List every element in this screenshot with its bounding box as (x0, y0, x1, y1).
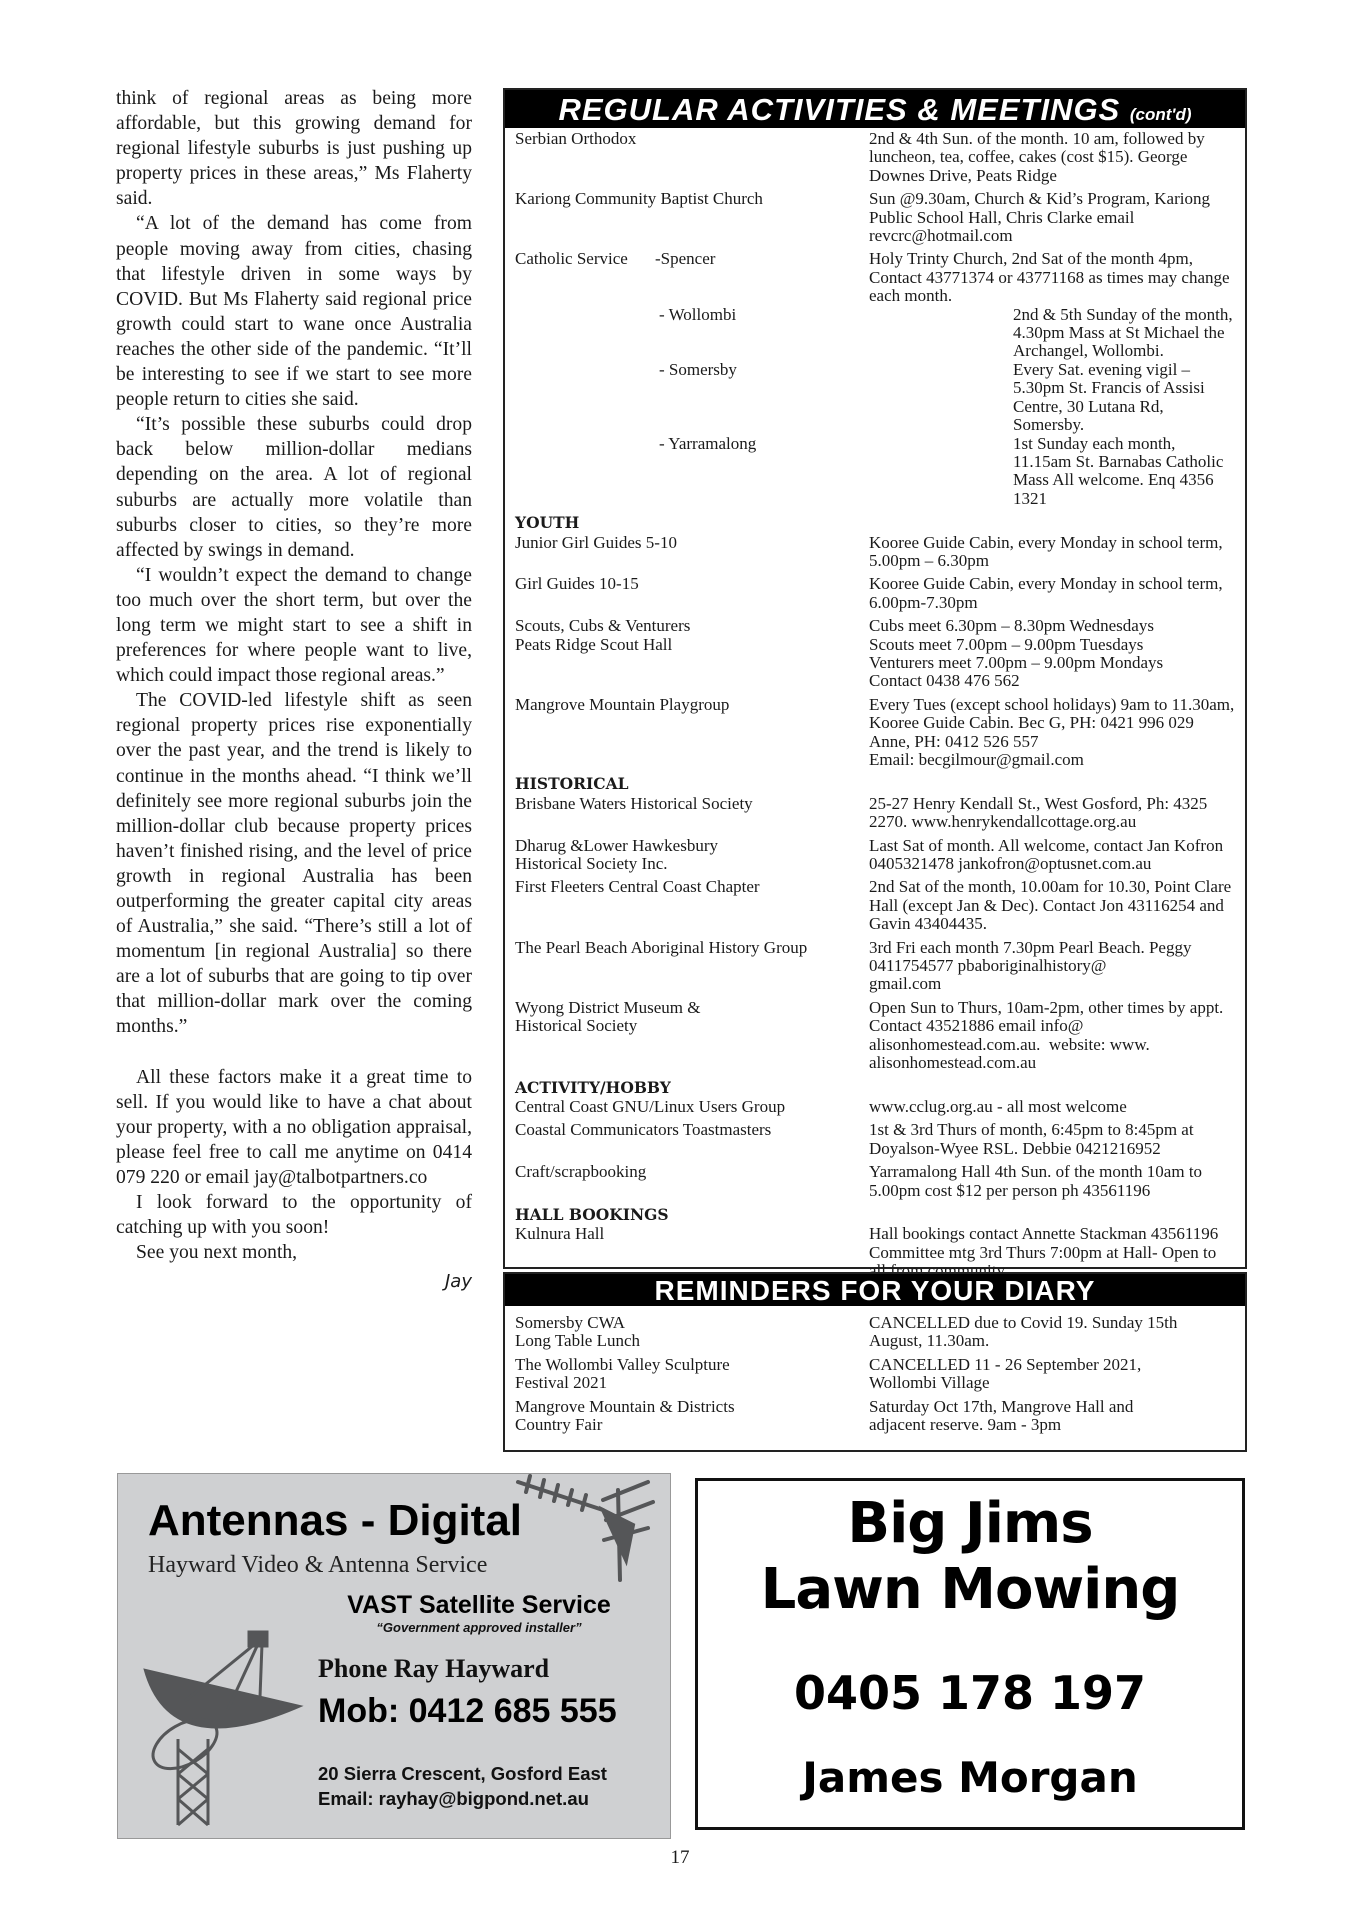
activities-box: REGULAR ACTIVITIES & MEETINGS (cont'd) S… (503, 88, 1247, 1269)
section-heading: YOUTH (515, 514, 1235, 532)
activity-name: Kariong Community Baptist Church (515, 190, 869, 245)
antenna-ad-email: Email: rayhay@bigpond.net.au (318, 1786, 607, 1811)
activity-details: 2nd & 5th Sunday of the month, 4.30pm Ma… (1013, 306, 1235, 361)
table-row: Serbian Orthodox 2nd & 4th Sun. of the m… (515, 130, 1235, 185)
mowing-ad-line1: Big Jims (698, 1493, 1242, 1555)
activity-details: 2nd & 4th Sun. of the month. 10 am, foll… (869, 130, 1235, 185)
catholic-service-label: Catholic Service-Spencer (515, 250, 869, 305)
table-row: Brisbane Waters Historical Society25-27 … (515, 795, 1235, 832)
table-row: Scouts, Cubs & Venturers Peats Ridge Sco… (515, 617, 1235, 691)
antenna-ad-contact-name: Phone Ray Hayward (318, 1654, 549, 1684)
reminders-table: Somersby CWA Long Table LunchCANCELLED d… (505, 1306, 1245, 1434)
activity-name: Scouts, Cubs & Venturers Peats Ridge Sco… (515, 617, 869, 691)
antenna-ad-service: VAST Satellite Service (314, 1591, 644, 1620)
tv-antenna-icon (508, 1470, 658, 1590)
article-column: think of regional areas as being more af… (116, 86, 472, 1294)
antenna-ad-subtitle: Hayward Video & Antenna Service (148, 1552, 487, 1579)
activity-details: 1st Sunday each month, 11.15am St. Barna… (1013, 435, 1235, 509)
article-paragraph: All these factors make it a great time t… (116, 1065, 472, 1190)
activity-name: The Pearl Beach Aboriginal History Group (515, 939, 869, 994)
activity-details: Every Tues (except school holidays) 9am … (869, 696, 1235, 770)
section-heading: ACTIVITY/HOBBY (515, 1079, 1235, 1097)
article-paragraph: See you next month, (116, 1240, 472, 1265)
activity-details: Last Sat of month. All welcome, contact … (869, 837, 1235, 874)
table-row: Craft/scrapbookingYarramalong Hall 4th S… (515, 1163, 1235, 1200)
table-row: First Fleeters Central Coast Chapter2nd … (515, 878, 1235, 933)
activity-name: Girl Guides 10-15 (515, 575, 869, 612)
activity-name: Brisbane Waters Historical Society (515, 795, 869, 832)
reminder-details: CANCELLED due to Covid 19. Sunday 15th A… (869, 1314, 1235, 1351)
activity-name: Junior Girl Guides 5-10 (515, 534, 869, 571)
activity-details: Cubs meet 6.30pm – 8.30pm Wednesdays Sco… (869, 617, 1235, 691)
article-paragraph: The COVID-led lifestyle shift as seen re… (116, 688, 472, 1039)
activity-details: Kooree Guide Cabin, every Monday in scho… (869, 534, 1235, 571)
table-row: Mangrove Mountain PlaygroupEvery Tues (e… (515, 696, 1235, 770)
table-row: The Pearl Beach Aboriginal History Group… (515, 939, 1235, 994)
catholic-place: - Wollombi (515, 306, 1013, 361)
antenna-ad-title: Antennas - Digital (148, 1496, 522, 1546)
activity-details: 3rd Fri each month 7.30pm Pearl Beach. P… (869, 939, 1235, 994)
reminder-event: Mangrove Mountain & Districts Country Fa… (515, 1398, 869, 1435)
section-heading: HISTORICAL (515, 775, 1235, 793)
activity-details: Holy Trinty Church, 2nd Sat of the month… (869, 250, 1235, 305)
table-row: - Somersby Every Sat. evening vigil – 5.… (515, 361, 1235, 435)
lawn-mowing-ad: Big Jims Lawn Mowing 0405 178 197 James … (695, 1478, 1245, 1830)
activities-heading: REGULAR ACTIVITIES & MEETINGS (cont'd) (505, 90, 1245, 128)
activity-details: 25-27 Henry Kendall St., West Gosford, P… (869, 795, 1235, 832)
article-signature: Jay (116, 1269, 472, 1294)
table-row: Wyong District Museum & Historical Socie… (515, 999, 1235, 1073)
catholic-place: - Yarramalong (515, 435, 1013, 509)
reminder-event: Somersby CWA Long Table Lunch (515, 1314, 869, 1351)
activities-title: REGULAR ACTIVITIES & MEETINGS (558, 92, 1120, 127)
activity-details: 2nd Sat of the month, 10.00am for 10.30,… (869, 878, 1235, 933)
article-paragraph: “I wouldn’t expect the demand to change … (116, 563, 472, 688)
antenna-ad-mobile: Mob: 0412 685 555 (318, 1692, 617, 1731)
table-row: Central Coast GNU/Linux Users Groupwww.c… (515, 1098, 1235, 1116)
section-heading: HALL BOOKINGS (515, 1206, 1235, 1224)
table-row: Dharug &Lower Hawkesbury Historical Soci… (515, 837, 1235, 874)
table-row: Catholic Service-Spencer Holy Trinty Chu… (515, 250, 1235, 305)
activity-name: Wyong District Museum & Historical Socie… (515, 999, 869, 1073)
reminder-details: CANCELLED 11 - 26 September 2021, Wollom… (869, 1356, 1235, 1393)
activity-details: Open Sun to Thurs, 10am-2pm, other times… (869, 999, 1235, 1073)
mowing-ad-line2: Lawn Mowing (698, 1559, 1242, 1621)
satellite-dish-icon (130, 1589, 310, 1829)
catholic-place: -Spencer (655, 249, 715, 268)
table-row: - Yarramalong 1st Sunday each month, 11.… (515, 435, 1235, 509)
activity-details: 1st & 3rd Thurs of month, 6:45pm to 8:45… (869, 1121, 1235, 1158)
activity-name: Craft/scrapbooking (515, 1163, 869, 1200)
activity-name: Coastal Communicators Toastmasters (515, 1121, 869, 1158)
activity-details: Kooree Guide Cabin, every Monday in scho… (869, 575, 1235, 612)
reminder-event: The Wollombi Valley Sculpture Festival 2… (515, 1356, 869, 1393)
article-paragraph: “It’s possible these suburbs could drop … (116, 412, 472, 563)
activity-details: Sun @9.30am, Church & Kid’s Program, Kar… (869, 190, 1235, 245)
table-row: - Wollombi 2nd & 5th Sunday of the month… (515, 306, 1235, 361)
mowing-ad-name: James Morgan (698, 1753, 1242, 1802)
table-row: Girl Guides 10-15Kooree Guide Cabin, eve… (515, 575, 1235, 612)
antenna-ad: Antennas - Digital Hayward Video & Anten… (117, 1473, 671, 1839)
reminder-row: The Wollombi Valley Sculpture Festival 2… (515, 1356, 1235, 1393)
activity-name: Mangrove Mountain Playgroup (515, 696, 869, 770)
table-row: Kariong Community Baptist Church Sun @9.… (515, 190, 1235, 245)
activity-details: www.cclug.org.au - all most welcome (869, 1098, 1235, 1116)
activity-name: Dharug &Lower Hawkesbury Historical Soci… (515, 837, 869, 874)
activity-name: First Fleeters Central Coast Chapter (515, 878, 869, 933)
activity-details: Yarramalong Hall 4th Sun. of the month 1… (869, 1163, 1235, 1200)
activities-table: Serbian Orthodox 2nd & 4th Sun. of the m… (505, 128, 1245, 1369)
activity-name: Central Coast GNU/Linux Users Group (515, 1098, 869, 1116)
antenna-ad-address-block: 20 Sierra Crescent, Gosford East Email: … (318, 1761, 607, 1811)
table-row: Coastal Communicators Toastmasters1st & … (515, 1121, 1235, 1158)
page-number: 17 (660, 1847, 700, 1869)
antenna-ad-tagline: “Government approved installer” (314, 1620, 644, 1635)
activity-details: Every Sat. evening vigil – 5.30pm St. Fr… (1013, 361, 1235, 435)
antenna-ad-address: 20 Sierra Crescent, Gosford East (318, 1761, 607, 1786)
article-paragraph: think of regional areas as being more af… (116, 86, 472, 211)
catholic-place: - Somersby (515, 361, 1013, 435)
activity-sections: YOUTHJunior Girl Guides 5-10Kooree Guide… (515, 514, 1235, 1369)
reminders-box: REMINDERS FOR YOUR DIARY Somersby CWA Lo… (503, 1272, 1247, 1452)
reminders-title: REMINDERS FOR YOUR DIARY (505, 1274, 1245, 1306)
reminder-row: Somersby CWA Long Table LunchCANCELLED d… (515, 1314, 1235, 1351)
article-paragraph: “A lot of the demand has come from peopl… (116, 211, 472, 412)
reminder-row: Mangrove Mountain & Districts Country Fa… (515, 1398, 1235, 1435)
mowing-ad-phone: 0405 178 197 (698, 1666, 1242, 1720)
activities-title-suffix: (cont'd) (1130, 105, 1192, 124)
reminder-details: Saturday Oct 17th, Mangrove Hall and adj… (869, 1398, 1235, 1435)
article-paragraph: I look forward to the opportunity of cat… (116, 1190, 472, 1240)
table-row: Junior Girl Guides 5-10Kooree Guide Cabi… (515, 534, 1235, 571)
activity-name: Serbian Orthodox (515, 130, 869, 185)
